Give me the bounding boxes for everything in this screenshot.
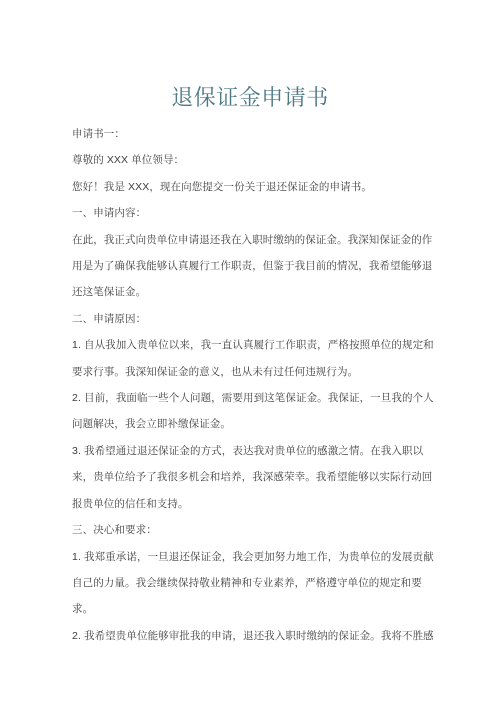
section-2-heading: 二、申请原因：: [72, 306, 432, 332]
reason-item-2: 2. 目前，我面临一些个人问题，需要用到这笔保证金。我保证，一旦我的个人 问题解…: [72, 385, 432, 438]
greeting: 您好！我是 XXX，现在向您提交一份关于退还保证金的申请书。: [72, 174, 432, 200]
document-body: 申请书一： 尊敬的 XXX 单位领导： 您好！我是 XXX，现在向您提交一份关于…: [72, 121, 432, 649]
section-1-body: 在此，我正式向贵单位申请退还我在入职时缴纳的保证金。我深知保证金的作 用是为了确…: [72, 227, 432, 306]
reason-item-3: 3. 我希望通过退还保证金的方式，表达我对贵单位的感激之情。在我入职以 来，贵单…: [72, 438, 432, 517]
commitment-item-1: 1. 我郑重承诺，一旦退还保证金，我会更加努力地工作，为贵单位的发展贡献 自己的…: [72, 544, 432, 623]
salutation: 尊敬的 XXX 单位领导：: [72, 147, 432, 173]
section-1-heading: 一、申请内容：: [72, 200, 432, 226]
section-3-heading: 三、决心和要求：: [72, 517, 432, 543]
reason-item-1: 1. 自从我加入贵单位以来，我一直认真履行工作职责，严格按照单位的规定和 要求行…: [72, 332, 432, 385]
doc-label: 申请书一：: [72, 121, 432, 147]
commitment-item-2: 2. 我希望贵单位能够审批我的申请，退还我入职时缴纳的保证金。我将不胜感: [72, 623, 432, 649]
document-page: 退保证金申请书 申请书一： 尊敬的 XXX 单位领导： 您好！我是 XXX，现在…: [0, 0, 500, 707]
page-title: 退保证金申请书: [0, 81, 500, 112]
